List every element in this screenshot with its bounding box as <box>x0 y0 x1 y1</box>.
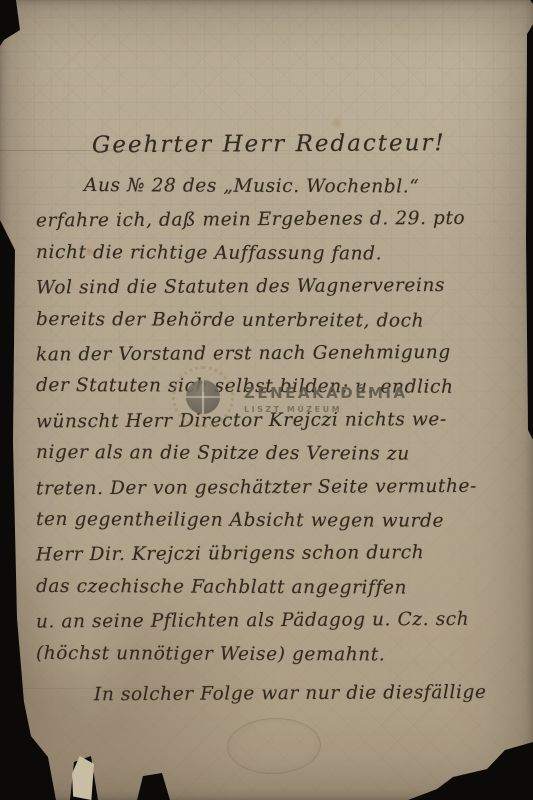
handwriting-line: der Statuten sich selbst bilden; u. endl… <box>36 369 522 405</box>
torn-paper-scrap <box>72 756 94 800</box>
handwriting-line: u. an seine Pflichten als Pädagog u. Cz.… <box>36 603 522 639</box>
handwriting-line: Wol sind die Statuten des Wagnervereins <box>36 269 522 305</box>
handwriting-line: wünscht Herr Director Krejczi nichts we- <box>36 402 522 438</box>
handwriting-line: niger als an die Spitze des Vereins zu <box>36 436 522 472</box>
handwriting-line: das czechische Fachblatt angegriffen <box>36 570 522 606</box>
scanned-letter-page: Geehrter Herr Redacteur!Aus № 28 des „Mu… <box>0 0 533 800</box>
handwriting-line: Aus № 28 des „Music. Wochenbl.“ <box>84 169 522 204</box>
handwriting-line: ten gegentheiligen Absicht wegen wurde <box>36 503 522 539</box>
handwriting-line: bereits der Behörde unterbreitet, doch <box>36 303 522 339</box>
handwriting-line: Geehrter Herr Redacteur! <box>92 117 522 172</box>
handwriting-line: kan der Vorstand erst nach Genehmigung <box>36 336 522 372</box>
handwriting-line: (höchst unnötiger Weise) gemahnt. <box>36 637 522 673</box>
handwriting-line: nicht die richtige Auffassung fand. <box>36 236 522 272</box>
handwriting-line: In solcher Folge war nur die diesfällige <box>94 676 522 712</box>
handwriting-line: treten. Der von geschätzter Seite vermut… <box>36 469 522 505</box>
handwritten-text-block: Geehrter Herr Redacteur!Aus № 28 des „Mu… <box>36 118 522 711</box>
handwriting-line: erfahre ich, daß mein Ergebenes d. 29. p… <box>36 202 522 238</box>
handwriting-line: Herr Dir. Krejczi übrigens schon durch <box>36 536 522 572</box>
